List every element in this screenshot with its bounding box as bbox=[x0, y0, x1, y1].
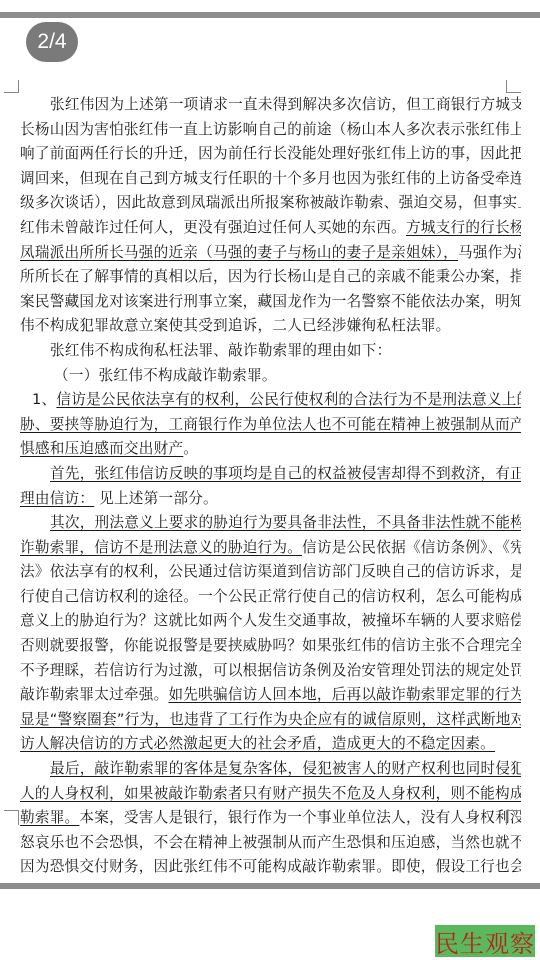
page-indicator-badge: 2/4 bbox=[26, 22, 78, 62]
text-segment: 行使自己信访权利的途径。一个公民正常行使自己的信访权利，怎么可能构成刑法 bbox=[20, 588, 521, 605]
underlined-text: 如先哄骗信访人回本地，后再以敲诈勒索罪定罪的行为，明 bbox=[168, 686, 521, 703]
text-segment: 怒哀乐也不会恐惧，不会在精神上被强制从而产生恐惧和压迫感，当然也就不可能 bbox=[20, 834, 521, 851]
text-segment: 见上述第一部分。 bbox=[94, 490, 218, 507]
text-line: 最后，敲诈勒索罪的客体是复杂客体，侵犯被害人的财产权利也同时侵犯被害 bbox=[20, 757, 521, 782]
crop-mark-bottom-right bbox=[506, 810, 521, 825]
text-segment: 响了前面两任行长的升迁，因为前任行长没能处理好张红伟上访的事，因此把自己 bbox=[20, 145, 521, 162]
text-line: 怒哀乐也不会恐惧，不会在精神上被强制从而产生恐惧和压迫感，当然也就不可能 bbox=[20, 831, 521, 856]
page-center-tick bbox=[269, 814, 270, 820]
text-segment: 张红伟因为上述第一项请求一直未得到解决多次信访，但工商银行方城支行行 bbox=[50, 96, 521, 113]
underlined-text: 勒索罪。 bbox=[20, 809, 79, 826]
text-segment: 意义上的胁迫行为？这就比如两个人发生交通事故，被撞坏车辆的人要求赔偿损失 bbox=[20, 612, 521, 629]
underlined-text: 显是“警察圈套”行为，也违背了工行作为央企应有的诚信原则，这样武断地对待信 bbox=[20, 711, 521, 728]
underlined-text: 胁、要挟等胁迫行为，工商银行作为单位法人也不可能在精神上被强制从而产生恐 bbox=[20, 416, 521, 433]
text-segment: 因为恐惧交付财务，因此张红伟不可能构成敲诈勒索罪。即使，假设工行也会产生 bbox=[20, 858, 521, 875]
watermark-logo: 民生观察 bbox=[435, 925, 535, 957]
text-line: 法》依法享有的权利，公民通过信访渠道到信访部门反映自己的信访诉求，是依法 bbox=[20, 560, 521, 585]
text-line: （一）张红伟不构成敲诈勒索罪。 bbox=[20, 364, 521, 389]
text-segment: 不予理睬，若信访行为过激，可以根据信访条例及治安管理处罚法的规定处罚，定 bbox=[20, 662, 521, 679]
text-line: 行使自己信访权利的途径。一个公民正常行使自己的信访权利，怎么可能构成刑法 bbox=[20, 585, 521, 610]
text-line: 张红伟不构成徇私枉法罪、敲诈勒索罪的理由如下： bbox=[20, 339, 521, 364]
crop-mark-bottom-left bbox=[4, 810, 19, 825]
underlined-text: 信访是公民依法享有的权利，公民行使权利的合法行为不是刑法意义上的威 bbox=[56, 391, 521, 408]
text-line: 访人解决信访的方式必然激起更大的社会矛盾，造成更大的不稳定因素。 bbox=[20, 732, 521, 757]
document-body: 张红伟因为上述第一项请求一直未得到解决多次信访，但工商银行方城支行行长杨山因为害… bbox=[20, 93, 521, 880]
text-line: 其次，刑法意义上要求的胁迫行为要具备非法性，不具备非法性就不能构成敲 bbox=[20, 511, 521, 536]
text-line: 胁、要挟等胁迫行为，工商银行作为单位法人也不可能在精神上被强制从而产生恐 bbox=[20, 413, 521, 438]
text-segment: 1、 bbox=[32, 391, 56, 408]
text-line: 不予理睬，若信访行为过激，可以根据信访条例及治安管理处罚法的规定处罚，定 bbox=[20, 659, 521, 684]
text-line: 伟不构成犯罪故意立案使其受到追诉，二人已经涉嫌徇私枉法罪。 bbox=[20, 314, 521, 339]
text-segment: 法》依法享有的权利，公民通过信访渠道到信访部门反映自己的信访诉求，是依法 bbox=[20, 563, 521, 580]
text-segment: 敲诈勒索罪太过牵强。 bbox=[20, 686, 168, 703]
text-line: 否则就要报警，你能说报警是要挟威胁吗？如果张红伟的信访主张不合理完全可以 bbox=[20, 634, 521, 659]
text-segment: 所所长在了解事情的真相以后，因为行长杨山是自己的亲戚不能秉公办案，指示办 bbox=[20, 268, 521, 285]
text-line: 因为恐惧交付财务，因此张红伟不可能构成敲诈勒索罪。即使，假设工行也会产生 bbox=[20, 855, 521, 880]
text-line: 案民警藏国龙对该案进行刑事立案，藏国龙作为一名警察不能依法办案，明知张红 bbox=[20, 290, 521, 315]
crop-mark-top-left bbox=[4, 80, 19, 93]
text-segment: （一）张红伟不构成敲诈勒索罪。 bbox=[54, 367, 277, 384]
underlined-text: 理由信访： bbox=[20, 490, 94, 507]
text-segment: 马强作为派出 bbox=[458, 244, 521, 261]
text-segment: 。 bbox=[183, 440, 198, 457]
underlined-text: 诈勒索罪，信访不是刑法意义的胁迫行为。 bbox=[20, 539, 302, 556]
text-line: 凤瑞派出所所长马强的近亲（马强的妻子与杨山的妻子是亲姐妹），马强作为派出 bbox=[20, 241, 521, 266]
text-segment: 长杨山因为害怕张红伟一直上访影响自己的前途（杨山本人多次表示张红伟上访影 bbox=[20, 121, 521, 138]
text-segment: 红伟未曾敲诈过任何人，更没有强迫过任何人买她的东西。 bbox=[20, 219, 406, 236]
text-line: 理由信访： 见上述第一部分。 bbox=[20, 487, 521, 512]
text-segment: 本案，受害人是银行，银行作为一个事业单位法人，没有人身权利没有喜 bbox=[79, 809, 521, 826]
text-line: 级多次谈话），因此故意到凤瑞派出所报案称被敲诈勒索、强迫交易，但事实上张 bbox=[20, 191, 521, 216]
text-line: 惧感和压迫感而交出财产。 bbox=[20, 437, 521, 462]
text-line: 诈勒索罪，信访不是刑法意义的胁迫行为。信访是公民依据《信访条例》、《宪 bbox=[20, 536, 521, 561]
underlined-text: 其次，刑法意义上要求的胁迫行为要具备非法性，不具备非法性就不能构成敲 bbox=[50, 514, 521, 531]
text-line: 人的人身权利，如果被敲诈勒索者只有财产损失不危及人身权利，则不能构成敲诈 bbox=[20, 782, 521, 807]
page-separator-top bbox=[0, 12, 540, 18]
page-separator-bottom bbox=[0, 883, 540, 889]
text-line: 1、信访是公民依法享有的权利，公民行使权利的合法行为不是刑法意义上的威 bbox=[20, 388, 521, 413]
text-segment: 案民警藏国龙对该案进行刑事立案，藏国龙作为一名警察不能依法办案，明知张红 bbox=[20, 293, 521, 310]
text-line: 红伟未曾敲诈过任何人，更没有强迫过任何人买她的东西。方城支行的行长杨山是 bbox=[20, 216, 521, 241]
text-line: 显是“警察圈套”行为，也违背了工行作为央企应有的诚信原则，这样武断地对待信 bbox=[20, 708, 521, 733]
underlined-text: 访人解决信访的方式必然激起更大的社会矛盾，造成更大的不稳定因素。 bbox=[20, 735, 495, 752]
underlined-text: 人的人身权利，如果被敲诈勒索者只有财产损失不危及人身权利，则不能构成敲诈 bbox=[20, 785, 521, 802]
text-segment: 伟不构成犯罪故意立案使其受到追诉，二人已经涉嫌徇私枉法罪。 bbox=[20, 317, 450, 334]
text-line: 敲诈勒索罪太过牵强。如先哄骗信访人回本地，后再以敲诈勒索罪定罪的行为，明 bbox=[20, 683, 521, 708]
crop-mark-top-right bbox=[506, 80, 521, 93]
text-line: 勒索罪。本案，受害人是银行，银行作为一个事业单位法人，没有人身权利没有喜 bbox=[20, 806, 521, 831]
text-segment: 信访是公民依据《信访条例》、《宪 bbox=[302, 539, 521, 556]
text-line: 首先，张红伟信访反映的事项均是自己的权益被侵害却得不到救济，有正当的 bbox=[20, 462, 521, 487]
text-segment: 否则就要报警，你能说报警是要挟威胁吗？如果张红伟的信访主张不合理完全可以 bbox=[20, 637, 521, 654]
text-line: 响了前面两任行长的升迁，因为前任行长没能处理好张红伟上访的事，因此把自己 bbox=[20, 142, 521, 167]
text-line: 张红伟因为上述第一项请求一直未得到解决多次信访，但工商银行方城支行行 bbox=[20, 93, 521, 118]
underlined-text: 首先，张红伟信访反映的事项均是自己的权益被侵害却得不到救济，有正当的 bbox=[50, 465, 521, 482]
text-line: 调回来，但现在自己到方城支行任职的十个多月也因为张红伟的上访备受牵连被上 bbox=[20, 167, 521, 192]
text-line: 长杨山因为害怕张红伟一直上访影响自己的前途（杨山本人多次表示张红伟上访影 bbox=[20, 118, 521, 143]
underlined-text: 惧感和压迫感而交出财产 bbox=[20, 440, 183, 457]
text-segment: 调回来，但现在自己到方城支行任职的十个多月也因为张红伟的上访备受牵连被上 bbox=[20, 170, 521, 187]
text-line: 所所长在了解事情的真相以后，因为行长杨山是自己的亲戚不能秉公办案，指示办 bbox=[20, 265, 521, 290]
text-segment: 张红伟不构成徇私枉法罪、敲诈勒索罪的理由如下： bbox=[50, 342, 391, 359]
underlined-text: 凤瑞派出所所长马强的近亲（马强的妻子与杨山的妻子是亲姐妹）， bbox=[20, 244, 458, 261]
underlined-text: 方城支行的行长杨山是 bbox=[406, 219, 521, 236]
underlined-text: 最后，敲诈勒索罪的客体是复杂客体，侵犯被害人的财产权利也同时侵犯被害 bbox=[50, 760, 521, 777]
text-segment: 级多次谈话），因此故意到凤瑞派出所报案称被敲诈勒索、强迫交易，但事实上张 bbox=[20, 194, 521, 211]
text-line: 意义上的胁迫行为？这就比如两个人发生交通事故，被撞坏车辆的人要求赔偿损失 bbox=[20, 609, 521, 634]
